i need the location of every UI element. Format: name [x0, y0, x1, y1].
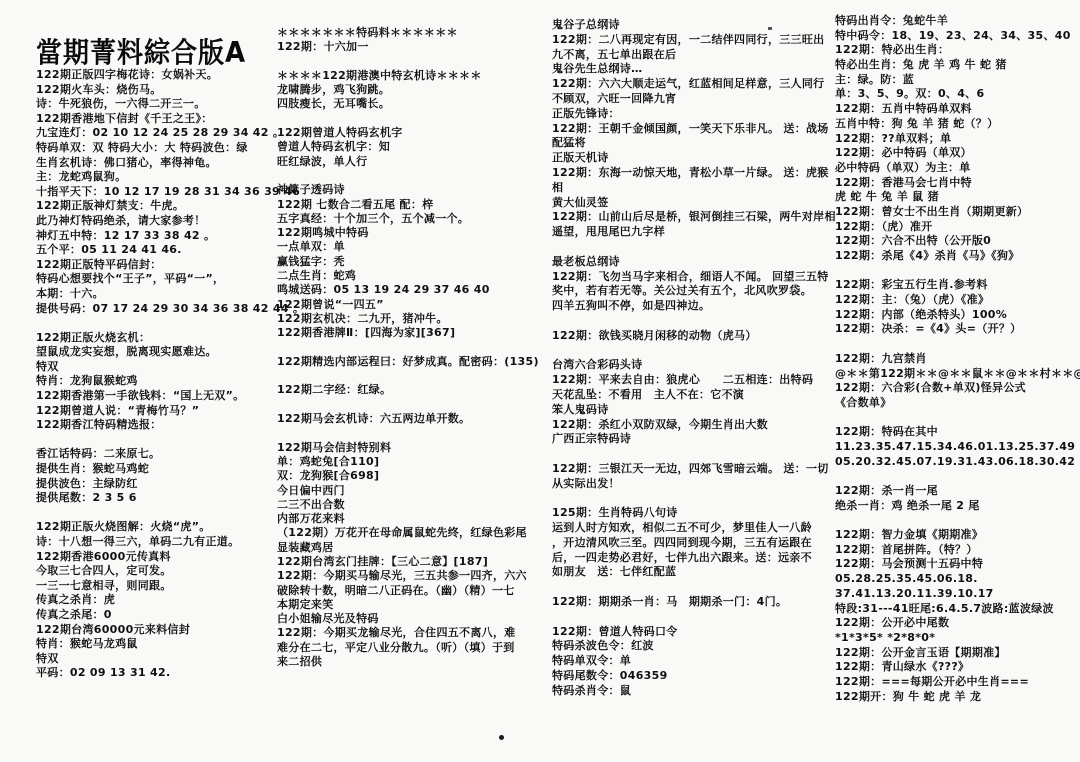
text-line: ，开边清风吹三至。四四同到现今期，三五有运跟在: [552, 536, 837, 551]
text-line: 122期正版火烧图解：火烧“虎”。: [36, 520, 271, 535]
text-line: 正版先锋诗：: [552, 107, 837, 122]
text-line: 特肖：龙狗鼠猴蛇鸡: [36, 374, 271, 389]
text-line: 生肖玄机诗：佛口猪心，率得神龟。: [36, 156, 271, 171]
text-column-3: 鬼谷子总纲诗122期：二八再现定有因，一二结伴四同行，三三旺出九不离，五七单出跟…: [552, 18, 837, 699]
text-line: 122期 七数合二看五尾 配：梓: [277, 198, 547, 212]
text-line: 传真之杀尾：0: [36, 608, 271, 623]
text-line: 122期：主：（兔）（虎）《准》: [835, 293, 1075, 308]
text-line: 122期：曾女士不出生肖（期期更新）: [835, 205, 1075, 220]
text-line: 122期：智力金填《期期准》: [835, 528, 1075, 543]
blank-line: [277, 426, 547, 440]
text-line: 平码：02 09 13 31 42.: [36, 666, 271, 681]
text-line: ＊＊＊＊122期港澳中特玄机诗＊＊＊＊: [277, 69, 547, 83]
text-line: 一点单双：单: [277, 240, 547, 254]
text-line: 122期：首尾拼阵。（特？）: [835, 543, 1075, 558]
text-line: 122期：欲钱买晓月闲移的动物（虎马）: [552, 329, 837, 344]
text-line: 122期：期期杀一肖：马 期期杀一门：4门。: [552, 595, 837, 610]
scan-artifact-mark: [768, 27, 772, 30]
text-line: 122期正版神灯禁支：牛虎。: [36, 199, 271, 214]
text-line: 122期台湾60000元来料信封: [36, 623, 271, 638]
text-line: 特码尾数令：046359: [552, 669, 837, 684]
text-line: 笨人鬼码诗: [552, 403, 837, 418]
text-line: 不顾双，六旺一回降九宵: [552, 92, 837, 107]
text-line: 122期：内部（绝杀特头）100%: [835, 308, 1075, 323]
text-line: 122期开：狗 牛 蛇 虎 羊 龙: [835, 690, 1075, 705]
text-line: 122期：六六大顺走运气，红蓝相间足样意，三人同行: [552, 77, 837, 92]
text-column-2: ＊＊＊＊＊＊＊特码料＊＊＊＊＊＊122期：十六加一＊＊＊＊122期港澳中特玄机诗…: [277, 26, 547, 669]
text-line: 122期：公开必中尾数: [835, 616, 1075, 631]
text-line: 特码出肖令：兔蛇牛羊: [835, 14, 1075, 29]
text-line: 台湾六合彩码头诗: [552, 358, 837, 373]
text-line: 最老板总纲诗: [552, 255, 837, 270]
text-line: 配猛将: [552, 136, 837, 151]
blank-line: [835, 264, 1075, 279]
text-line: 本期：十六。: [36, 287, 271, 302]
text-line: 122期：平来去自由：狼虎心 二五相连：出特码: [552, 373, 837, 388]
text-line: 122期正版四字梅花诗：女娲补天。: [36, 68, 271, 83]
text-line: 122期马会信封特别料: [277, 441, 547, 455]
text-line: 122期：五肖中特码单双料: [835, 102, 1075, 117]
text-line: 虎 蛇 牛 兔 羊 鼠 猪: [835, 190, 1075, 205]
text-line: 特码杀肖令：鼠: [552, 684, 837, 699]
blank-line: [835, 337, 1075, 352]
text-line: 破除转十数，明暗二八正码在。（幽）（精）一七: [277, 584, 547, 598]
text-line: 奖中，若有若无等。关公过关有五个，北风吹罗袋。: [552, 284, 837, 299]
text-line: 遥望，甩甩尾巴九字样: [552, 225, 837, 240]
text-line: 今日偏中西门: [277, 484, 547, 498]
text-line: 122期曾说“一四五”: [277, 298, 547, 312]
text-line: 特码心想要找个“王子”，平码“一”，: [36, 272, 271, 287]
text-line: 122期：六合不出特（公开版0: [835, 234, 1075, 249]
text-line: 122期正版特平码信封：: [36, 258, 271, 273]
text-line: 122期：十六加一: [277, 40, 547, 54]
scan-artifact-dot: [499, 735, 504, 740]
text-line: 122期香港第一手欲钱料：“国上无双”。: [36, 389, 271, 404]
text-line: 提供生肖：猴蛇马鸡蛇: [36, 462, 271, 477]
text-line: 十指平天下：10 12 17 19 28 31 34 36 39 46: [36, 185, 271, 200]
text-line: 本期定来笑: [277, 598, 547, 612]
text-line: 特码杀波色令：红波: [552, 639, 837, 654]
text-line: 难分在二七，平定八业分散九。（听）（填）于到: [277, 641, 547, 655]
text-line: 望鼠成龙实妄想，脱离现实愿难达。: [36, 345, 271, 360]
text-line: 122期：今期买马输尽光，三五共参一四齐，六六: [277, 569, 547, 583]
text-line: 从实际出发！: [552, 477, 837, 492]
text-line: 如朋友 送：七伴红配蓝: [552, 565, 837, 580]
text-line: 主：龙蛇鸡鼠狗。: [36, 170, 271, 185]
text-line: 特必出生肖：兔 虎 羊 鸡 牛 蛇 猪: [835, 58, 1075, 73]
blank-line: [277, 169, 547, 183]
text-line: 122期马会玄机诗：六五两边单开数。: [277, 412, 547, 426]
text-line: 九宝连灯：02 10 12 24 25 28 29 34 42 。: [36, 126, 271, 141]
blank-line: [277, 369, 547, 383]
text-line: 此乃神灯特码绝杀，请大家参考！: [36, 214, 271, 229]
text-line: 122期二字经：红绿。: [277, 383, 547, 397]
text-line: 122期台湾玄门挂牌：【三心二意】[187]: [277, 555, 547, 569]
text-line: 122期：三银江天一无边，四郊飞雪暗云端。 送：一切: [552, 462, 837, 477]
text-line: 122期：??单双料；单: [835, 132, 1075, 147]
text-line: 122期曾道人特码玄机字: [277, 126, 547, 140]
blank-line: [835, 411, 1075, 426]
text-line: 白小姐输尽光及特码: [277, 612, 547, 626]
text-line: 122期香港地下信封《千王之王》：: [36, 112, 271, 127]
text-line: 传真之杀肖：虎: [36, 593, 271, 608]
text-line: 122期：青山绿水《???》: [835, 660, 1075, 675]
text-line: 122期：彩宝五行生肖.参考料: [835, 278, 1075, 293]
text-line: @＊＊第122期＊＊@＊＊鼠＊＊@＊＊村＊＊@: [835, 367, 1075, 382]
text-line: 特段:31---41旺尾:6.4.5.7波路:蓝波绿波: [835, 602, 1075, 617]
text-line: 122期：特码在其中: [835, 425, 1075, 440]
text-line: 122期火车头：烧伤马。: [36, 83, 271, 98]
text-line: 122期：（虎）准开: [835, 220, 1075, 235]
blank-line: [552, 447, 837, 462]
text-line: 九不离，五七单出跟在后: [552, 48, 837, 63]
blank-line: [552, 314, 837, 329]
text-line: 05.28.25.35.45.06.18.: [835, 572, 1075, 587]
text-line: 122期鸣城中特码: [277, 226, 547, 240]
text-line: 122期：杀红小双防双绿，今期生肖出大数: [552, 418, 837, 433]
text-line: 122期：公开金言玉语【期期准】: [835, 646, 1075, 661]
text-line: 显装藏鸡居: [277, 541, 547, 555]
text-line: 122期曾道人说：“青梅竹马？”: [36, 404, 271, 419]
blank-line: [835, 469, 1075, 484]
text-line: 122期：杀尾《4》杀肖《马》《狗》: [835, 249, 1075, 264]
text-line: 122期香江特码精选报：: [36, 418, 271, 433]
text-line: 五个平：05 11 24 41 46.: [36, 243, 271, 258]
blank-line: [835, 513, 1075, 528]
blank-line: [552, 610, 837, 625]
text-line: 天花乱坠：不看用 主人不在：它不演: [552, 388, 837, 403]
text-line: 神算子透码诗: [277, 183, 547, 197]
text-line: 后，一四走势必君好，七伴九出六跟来。送：远亲不: [552, 551, 837, 566]
blank-line: [36, 316, 271, 331]
text-line: 二三不出合数: [277, 498, 547, 512]
text-line: 122期：决杀：=《4》头=（开？）: [835, 322, 1075, 337]
text-line: 必中特码（单双）为主：单: [835, 161, 1075, 176]
text-line: 鬼谷子总纲诗: [552, 18, 837, 33]
text-line: 来二招供: [277, 655, 547, 669]
text-line: 122期：特必出生肖：: [835, 43, 1075, 58]
text-line: （122期）万花开在母命属鼠蛇先终，红绿色彩尾: [277, 526, 547, 540]
text-line: 特码单双：双 特码大小：大 特码波色：绿: [36, 141, 271, 156]
text-line: 122期玄机决：二九开，猪冲牛。: [277, 312, 547, 326]
text-line: 广西正宗特码诗: [552, 432, 837, 447]
text-line: 曾道人特码玄机字：知: [277, 140, 547, 154]
text-line: 122期：必中特码（单双）: [835, 146, 1075, 161]
text-line: 11.23.35.47.15.34.46.01.13.25.37.49: [835, 440, 1075, 455]
text-line: 正版天机诗: [552, 151, 837, 166]
text-line: 单：鸡蛇兔[合110]: [277, 455, 547, 469]
text-line: 122期：今期买龙输尽光，合住四五不离八，难: [277, 626, 547, 640]
page-title: 當期菁料綜合版A: [36, 31, 246, 71]
text-line: 125期：生肖特码八句诗: [552, 506, 837, 521]
text-line: 特码单双令：单: [552, 654, 837, 669]
blank-line: [277, 398, 547, 412]
text-line: 双：龙狗猴[合698]: [277, 469, 547, 483]
text-line: 黄大仙灵签: [552, 196, 837, 211]
text-line: 神灯五中特：12 17 33 38 42 。: [36, 229, 271, 244]
blank-line: [277, 55, 547, 69]
text-line: 五字真经：十个加三个，五个减一个。: [277, 212, 547, 226]
text-line: 122期：杀一肖一尾: [835, 484, 1075, 499]
blank-line: [552, 344, 837, 359]
text-line: 提供号码：07 17 24 29 30 34 36 38 42 44 。: [36, 302, 271, 317]
text-line: 05.20.32.45.07.19.31.43.06.18.30.42: [835, 455, 1075, 470]
blank-line: [36, 506, 271, 521]
text-line: 旺红绿波，单人行: [277, 155, 547, 169]
text-line: 运到人时方知欢，相似二五不可少，梦里佳人一八龄: [552, 521, 837, 536]
text-line: 122期香港6000元传真料: [36, 550, 271, 565]
blank-line: [552, 492, 837, 507]
blank-line: [552, 580, 837, 595]
text-line: 二点生肖：蛇鸡: [277, 269, 547, 283]
text-line: 122期：六合彩(合数+单双)怪异公式: [835, 381, 1075, 396]
blank-line: [277, 341, 547, 355]
text-line: 《合数单》: [835, 396, 1075, 411]
text-line: 122期：九宫禁肖: [835, 352, 1075, 367]
text-line: 内部万花来料: [277, 512, 547, 526]
text-line: 提供尾数：2 3 5 6: [36, 491, 271, 506]
text-line: 一三一七意相寻，则同跟。: [36, 579, 271, 594]
text-line: 特双: [36, 652, 271, 667]
text-line: 122期精选内部运程曰：好梦成真。配密码：(135): [277, 355, 547, 369]
text-line: 诗：十八想一得三六，单码二九有正道。: [36, 535, 271, 550]
text-line: 122期：二八再现定有因，一二结伴四同行，三三旺出: [552, 33, 837, 48]
text-line: 龙啸腾步，鸡飞狗跳。: [277, 83, 547, 97]
text-column-left: 122期正版四字梅花诗：女娲补天。122期火车头：烧伤马。诗：牛死狼伤，一六得二…: [36, 68, 271, 681]
text-line: 122期：飞勿当马字来相合，细语人不闻。 回望三五特: [552, 270, 837, 285]
text-line: 122期香港牌Ⅱ：[四海为家][367]: [277, 326, 547, 340]
text-line: 香江话特码：二来原七。: [36, 447, 271, 462]
text-line: 单：3、5、9。双：0、4、6: [835, 87, 1075, 102]
text-line: 今取三七合四人，定可发。: [36, 564, 271, 579]
text-line: 122期：曾道人特码口令: [552, 625, 837, 640]
blank-line: [36, 433, 271, 448]
text-line: 特肖：猴蛇马龙鸡鼠: [36, 637, 271, 652]
text-line: 绝杀一肖：鸡 绝杀一尾 2 尾: [835, 499, 1075, 514]
text-line: 122期：===每期公开必中生肖===: [835, 675, 1075, 690]
text-line: 提供波色：主绿防红: [36, 477, 271, 492]
text-line: 五肖中特：狗 兔 羊 猪 蛇（？）: [835, 117, 1075, 132]
text-line: 鸣城送码：05 13 19 24 29 37 46 40: [277, 283, 547, 297]
blank-line: [277, 112, 547, 126]
text-line: 四羊五狗叫不停，如是四神边。: [552, 299, 837, 314]
text-column-right: 特码出肖令：兔蛇牛羊特中码令：18、19、23、24、34、35、40122期：…: [835, 14, 1075, 704]
text-line: 四肢瘦长，无耳嘴长。: [277, 97, 547, 111]
text-line: 赢钱猛字：秃: [277, 255, 547, 269]
text-line: 122期：东海一动惊天地，青松小草一片绿。 送：虎猴: [552, 166, 837, 181]
text-line: 122期：马会预测十五码中特: [835, 557, 1075, 572]
text-line: 相: [552, 181, 837, 196]
text-line: 特双: [36, 360, 271, 375]
text-line: 主：绿。防：蓝: [835, 73, 1075, 88]
text-line: 122期正版火烧玄机：: [36, 331, 271, 346]
text-line: 鬼谷先生总纲诗…: [552, 62, 837, 77]
scanned-lottery-sheet: 當期菁料綜合版A 122期正版四字梅花诗：女娲补天。122期火车头：烧伤马。诗：…: [0, 0, 1080, 762]
text-line: ＊＊＊＊＊＊＊特码料＊＊＊＊＊＊: [277, 26, 547, 40]
text-line: 122期：香港马会七肖中特: [835, 176, 1075, 191]
text-line: *1*3*5* *2*8*0*: [835, 631, 1075, 646]
text-line: 诗：牛死狼伤，一六得二开三一。: [36, 97, 271, 112]
text-line: 37.41.13.20.11.39.10.17: [835, 587, 1075, 602]
text-line: 122期：王朝千金倾国颜，一笑天下乐非凡。 送：战场: [552, 122, 837, 137]
blank-line: [552, 240, 837, 255]
text-line: 特中码令：18、19、23、24、34、35、40: [835, 29, 1075, 44]
text-line: 122期：山前山后尽是桥，银河倒挂三石梁，两牛对岸相: [552, 210, 837, 225]
